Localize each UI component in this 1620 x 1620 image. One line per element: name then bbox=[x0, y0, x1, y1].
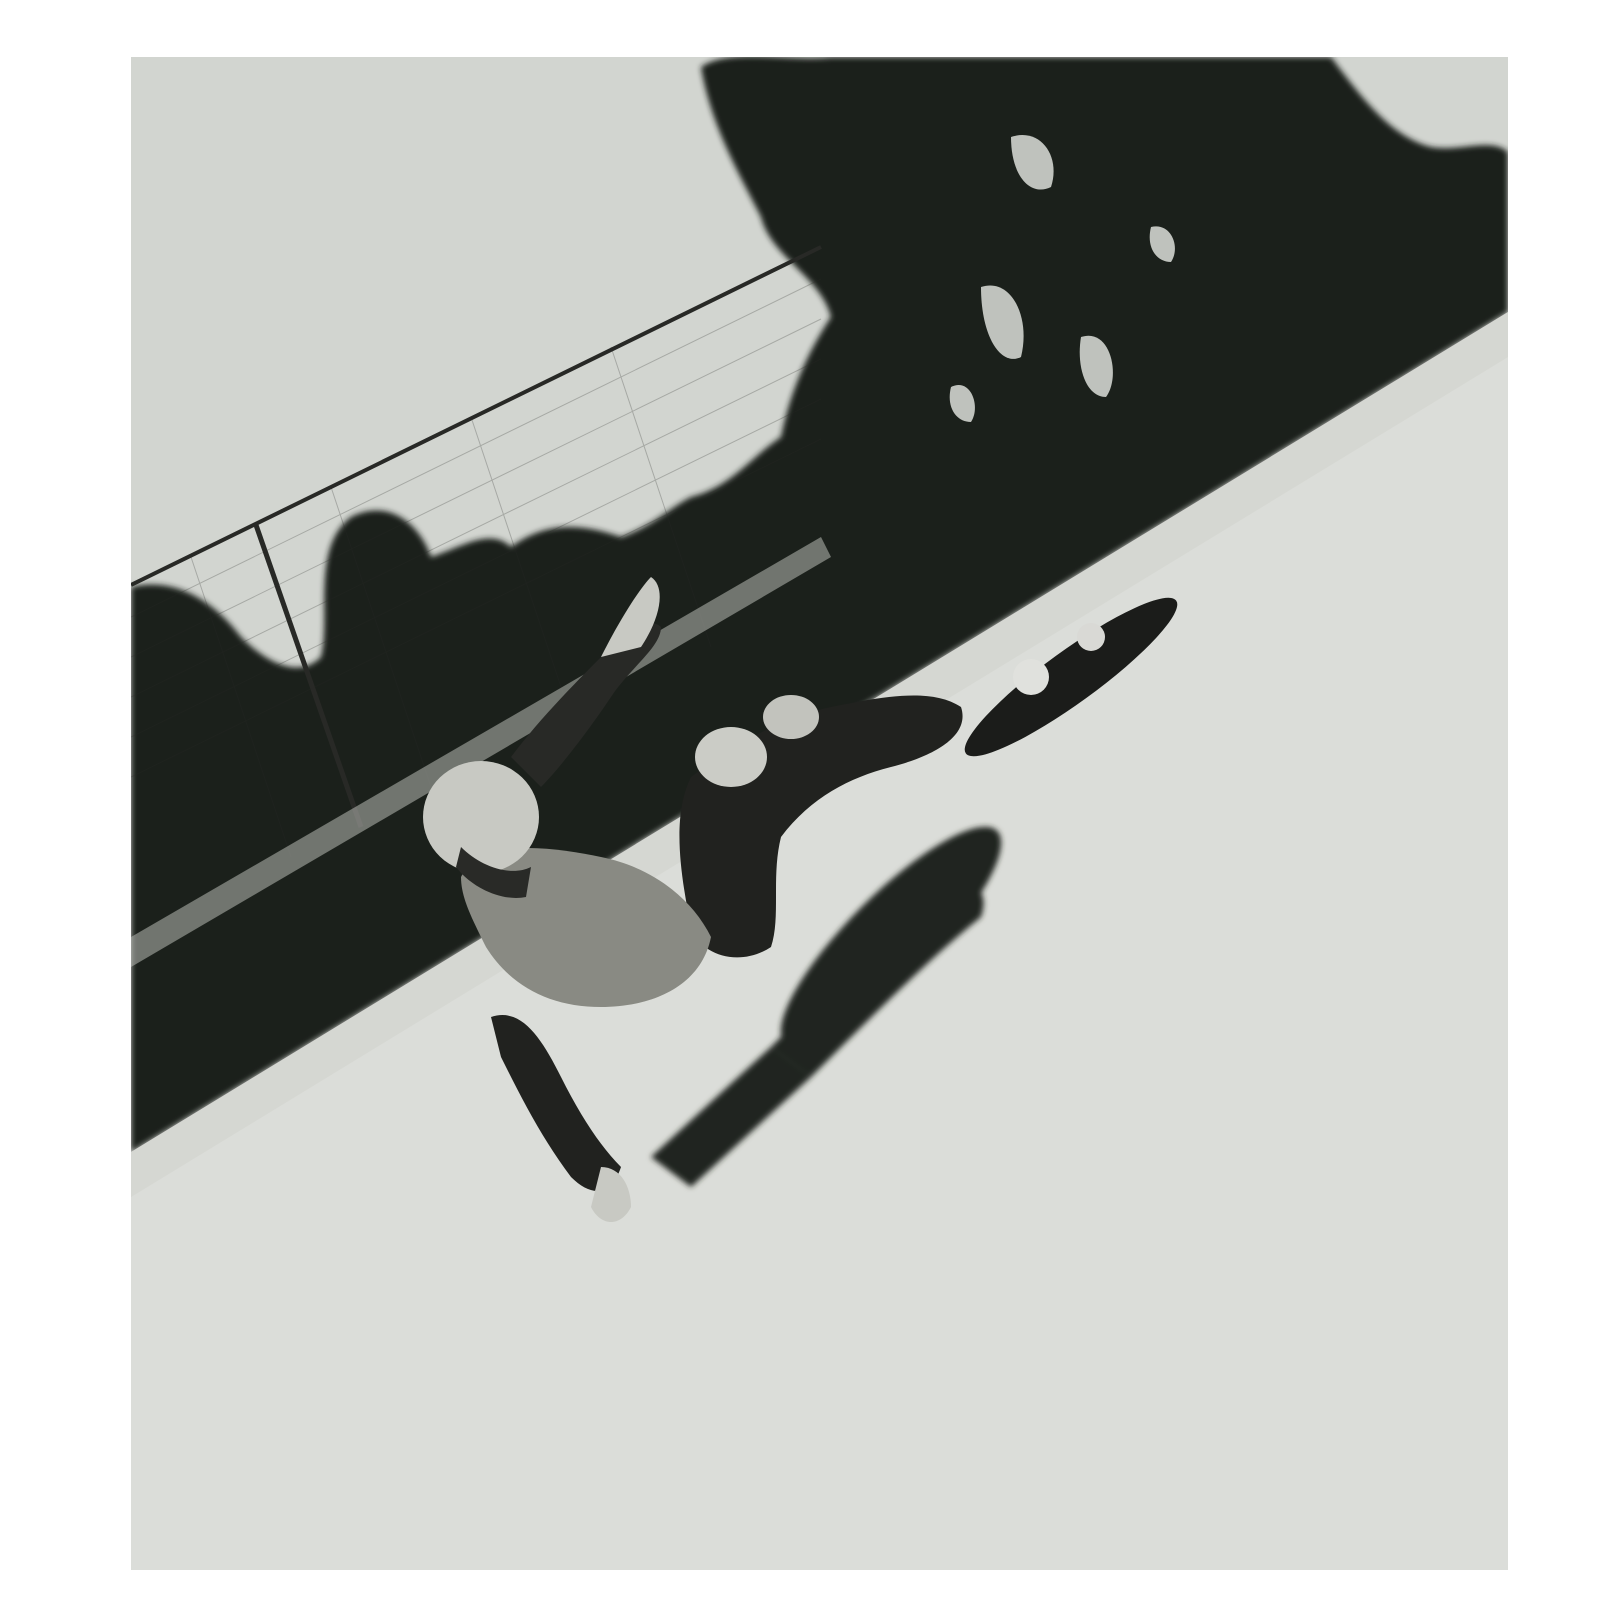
skateboard-photo bbox=[131, 57, 1508, 1570]
